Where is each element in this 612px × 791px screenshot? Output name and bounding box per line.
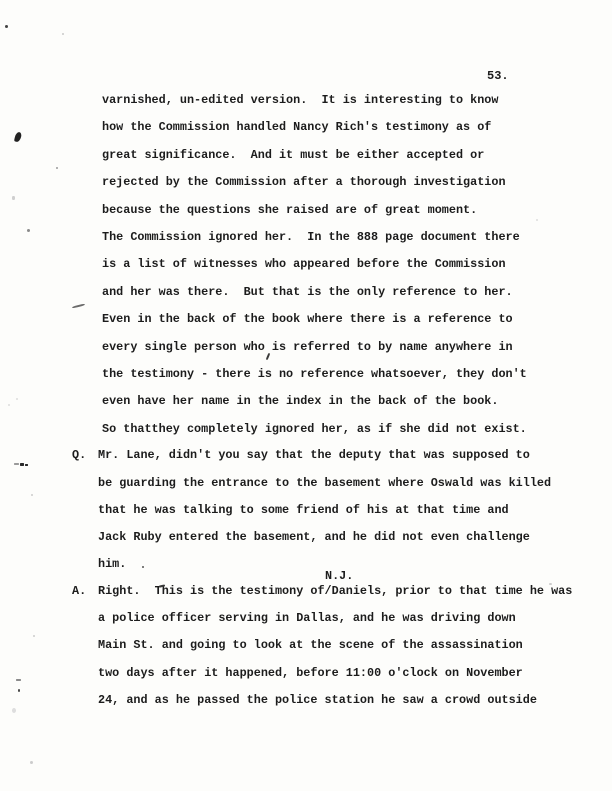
- text-line: how the Commission handled Nancy Rich's …: [102, 120, 491, 134]
- typed-insertion: N.J.: [325, 569, 353, 583]
- ink-speck: [549, 583, 552, 585]
- ink-speck: [536, 219, 538, 221]
- text-line: 24, and as he passed the police station …: [98, 693, 537, 707]
- ink-speck: [12, 196, 15, 200]
- text-line: the testimony - there is no reference wh…: [102, 367, 527, 381]
- text-line: Even in the back of the book where there…: [102, 312, 513, 326]
- text-line: Main St. and going to look at the scene …: [98, 638, 523, 652]
- page-number: 53.: [487, 69, 509, 83]
- text-line: is a list of witnesses who appeared befo…: [102, 257, 506, 271]
- ink-dot: [142, 566, 144, 568]
- text-line: rejected by the Commission after a thoro…: [102, 175, 506, 189]
- text-line: So thatthey completely ignored her, as i…: [102, 422, 527, 436]
- text-line: varnished, un-edited version. It is inte…: [102, 93, 498, 107]
- text-line: that he was talking to some friend of hi…: [98, 503, 509, 517]
- text-line: The Commission ignored her. In the 888 p…: [102, 230, 520, 244]
- text-line: great significance. And it must be eithe…: [102, 148, 484, 162]
- text-line: and her was there. But that is the only …: [102, 285, 513, 299]
- text-line: Mr. Lane, didn't you say that the deputy…: [98, 448, 530, 462]
- text-line: Jack Ruby entered the basement, and he d…: [98, 530, 530, 544]
- ink-speck: [30, 761, 33, 764]
- pencil-dash: [14, 463, 19, 465]
- answer-label: A.: [72, 584, 86, 598]
- ink-speck: [62, 33, 64, 35]
- question-label: Q.: [72, 448, 86, 462]
- text-line: him.: [98, 557, 126, 571]
- text-line: Right. This is the testimony of/Daniels,…: [98, 584, 572, 598]
- ink-speck: [16, 398, 18, 400]
- text-line: two days after it happened, before 11:00…: [98, 666, 523, 680]
- ink-dash: [20, 463, 24, 466]
- ink-dash: [25, 464, 28, 466]
- ink-speck: [8, 404, 10, 406]
- pencil-dash: [16, 679, 21, 681]
- pencil-squiggle: [72, 303, 85, 308]
- text-line: a police officer serving in Dallas, and …: [98, 611, 516, 625]
- text-line: even have her name in the index in the b…: [102, 394, 498, 408]
- text-line: because the questions she raised are of …: [102, 203, 477, 217]
- ink-blot-comma: [14, 131, 22, 142]
- ink-dot: [18, 689, 20, 692]
- text-line: be guarding the entrance to the basement…: [98, 476, 551, 490]
- ink-speck: [33, 635, 35, 637]
- ink-speck: [31, 494, 33, 496]
- ink-speck: [27, 229, 30, 232]
- ink-speck: [12, 708, 16, 713]
- scanned-page: 53. varnished, un-edited version. It is …: [0, 0, 612, 791]
- ink-speck: [56, 167, 58, 169]
- text-line: every single person who is referred to b…: [102, 340, 513, 354]
- ink-speck: [5, 25, 8, 28]
